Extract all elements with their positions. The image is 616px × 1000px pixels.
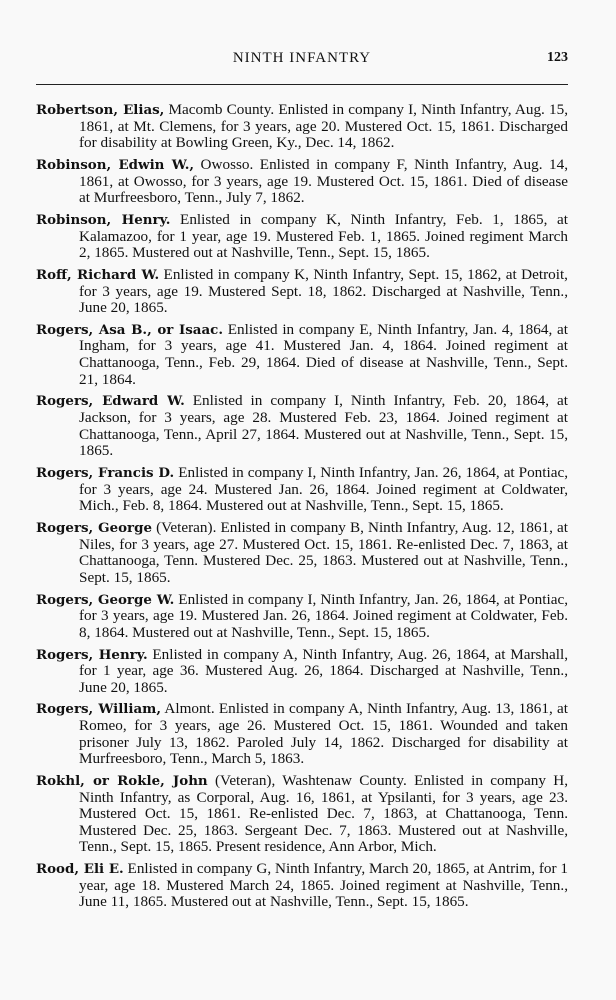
roster-entry: Rood, Eli E. Enlisted in company G, Nint…	[36, 861, 568, 911]
page-number: 123	[547, 50, 568, 66]
soldier-name: Rogers, Edward W.	[36, 393, 185, 409]
roster-entries: Robertson, Elias, Macomb County. Enliste…	[36, 102, 568, 916]
roster-entry: Robertson, Elias, Macomb County. Enliste…	[36, 102, 568, 152]
entry-text: Enlisted in company A, Ninth Infantry, A…	[79, 646, 568, 696]
roster-entry: Rogers, Asa B., or Isaac. Enlisted in co…	[36, 322, 568, 388]
soldier-name: Rogers, George	[36, 520, 152, 536]
roster-entry: Roff, Richard W. Enlisted in company K, …	[36, 267, 568, 317]
roster-entry: Rogers, Francis D. Enlisted in company I…	[36, 465, 568, 515]
soldier-name: Robinson, Henry.	[36, 212, 170, 228]
soldier-name: Rogers, Francis D.	[36, 465, 174, 481]
roster-entry: Rogers, Edward W. Enlisted in company I,…	[36, 393, 568, 459]
roster-entry: Rogers, George W. Enlisted in company I,…	[36, 592, 568, 642]
soldier-name: Rogers, Henry.	[36, 647, 148, 663]
soldier-name: Robinson, Edwin W.,	[36, 157, 194, 173]
running-title: NINTH INFANTRY	[36, 50, 568, 67]
roster-entry: Robinson, Henry. Enlisted in company K, …	[36, 212, 568, 262]
soldier-name: Roff, Richard W.	[36, 267, 159, 283]
soldier-name: Rogers, George W.	[36, 592, 174, 608]
header-rule	[36, 84, 568, 85]
entry-text: (Veteran). Enlisted in company B, Ninth …	[79, 519, 568, 586]
soldier-name: Robertson, Elias,	[36, 102, 164, 118]
soldier-name: Rogers, Asa B., or Isaac.	[36, 322, 223, 338]
roster-entry: Rogers, Henry. Enlisted in company A, Ni…	[36, 647, 568, 697]
soldier-name: Rokhl, or Rokle, John	[36, 773, 208, 789]
roster-entry: Robinson, Edwin W., Owosso. Enlisted in …	[36, 157, 568, 207]
soldier-name: Rood, Eli E.	[36, 861, 124, 877]
entry-text: Enlisted in company G, Ninth Infantry, M…	[79, 860, 568, 910]
soldier-name: Rogers, William,	[36, 701, 161, 717]
page-header: NINTH INFANTRY 123	[36, 50, 568, 72]
roster-entry: Rokhl, or Rokle, John (Veteran), Washten…	[36, 773, 568, 856]
roster-entry: Rogers, George (Veteran). Enlisted in co…	[36, 520, 568, 586]
roster-entry: Rogers, William, Almont. Enlisted in com…	[36, 701, 568, 767]
